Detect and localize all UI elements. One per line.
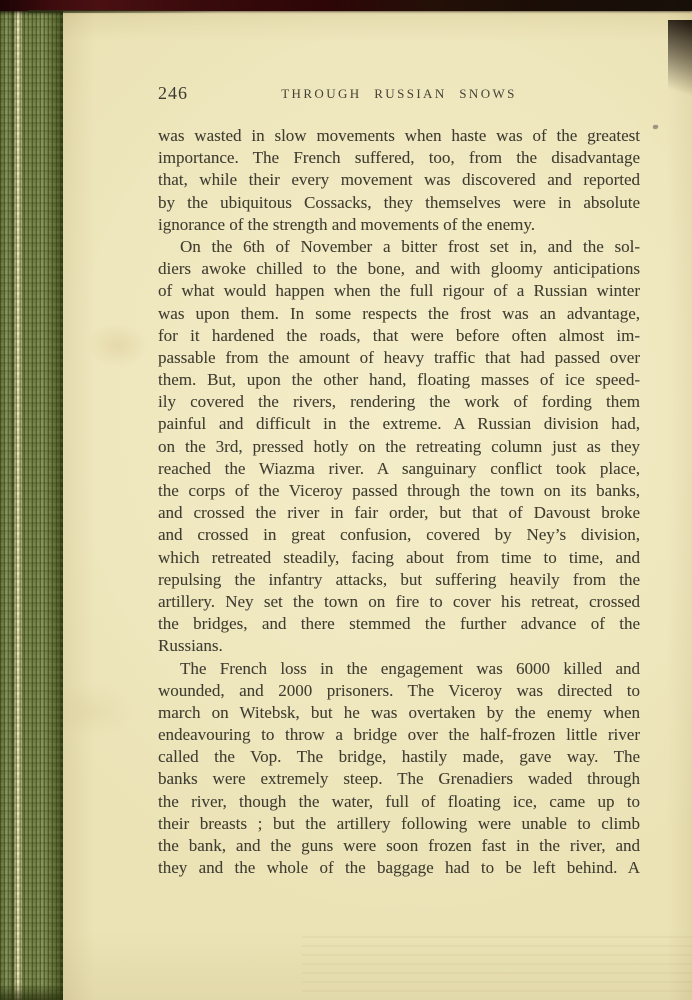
text-line: ily covered the rivers, rendering the wo… (158, 391, 640, 413)
scan-streaks (302, 936, 692, 996)
text-line: passable from the amount of heavy traffi… (158, 347, 640, 369)
text-line: wounded, and 2000 prisoners. The Viceroy… (158, 680, 640, 702)
text-line: was wasted in slow movements when haste … (158, 125, 640, 147)
text-line: by the ubiquitous Cossacks, they themsel… (158, 192, 640, 214)
text-line: that, while their every movement was dis… (158, 169, 640, 191)
text-line: On the 6th of November a bitter frost se… (158, 236, 640, 258)
text-line: was upon them. In some respects the fros… (158, 303, 640, 325)
text-line: Russians. (158, 635, 640, 657)
text-line: for it hardened the roads, that were bef… (158, 325, 640, 347)
text-line: and crossed in great confusion, covered … (158, 524, 640, 546)
text-line: banks were extremely steep. The Grenadie… (158, 768, 640, 790)
text-line: on the 3rd, pressed hotly on the retreat… (158, 436, 640, 458)
book-page: 246 THROUGH RUSSIAN SNOWS was wasted in … (63, 11, 692, 1000)
page-header: 246 THROUGH RUSSIAN SNOWS (158, 83, 640, 103)
text-line: march on Witebsk, but he was overtaken b… (158, 702, 640, 724)
text-block: 246 THROUGH RUSSIAN SNOWS was wasted in … (158, 83, 640, 879)
text-line: the corps of the Viceroy passed through … (158, 480, 640, 502)
text-line: and crossed the river in fair order, but… (158, 502, 640, 524)
corner-shadow (668, 20, 692, 125)
text-line: the bridges, and there stemmed the furth… (158, 613, 640, 635)
text-line: ignorance of the strength and movements … (158, 214, 640, 236)
text-line: artillery. Ney set the town on fire to c… (158, 591, 640, 613)
running-title: THROUGH RUSSIAN SNOWS (158, 86, 640, 102)
text-line: of what would happen when the full rigou… (158, 280, 640, 302)
text-line: the river, though the water, full of flo… (158, 791, 640, 813)
text-line: they and the whole of the baggage had to… (158, 857, 640, 879)
text-line: which retreated steadily, facing about f… (158, 547, 640, 569)
text-line: repulsing the infantry attacks, but suff… (158, 569, 640, 591)
body-text: was wasted in slow movements when haste … (158, 125, 640, 879)
text-line: The French loss in the engagement was 60… (158, 658, 640, 680)
book-scan: 246 THROUGH RUSSIAN SNOWS was wasted in … (0, 0, 692, 1000)
text-line: reached the Wiazma river. A sanguinary c… (158, 458, 640, 480)
page-fore-edge (0, 10, 63, 1000)
text-line: the bank, and the guns were soon frozen … (158, 835, 640, 857)
stain-smudge (28, 10, 223, 13)
text-line: importance. The French suffered, too, fr… (158, 147, 640, 169)
text-line: painful and difficult in the extreme. A … (158, 413, 640, 435)
text-line: called the Vop. The bridge, hastily made… (158, 746, 640, 768)
text-line: their breasts ; but the artillery follow… (158, 813, 640, 835)
paper-fleck (653, 125, 658, 129)
text-line: them. But, upon the other hand, floating… (158, 369, 640, 391)
text-line: diers awoke chilled to the bone, and wit… (158, 258, 640, 280)
text-line: endeavouring to throw a bridge over the … (158, 724, 640, 746)
